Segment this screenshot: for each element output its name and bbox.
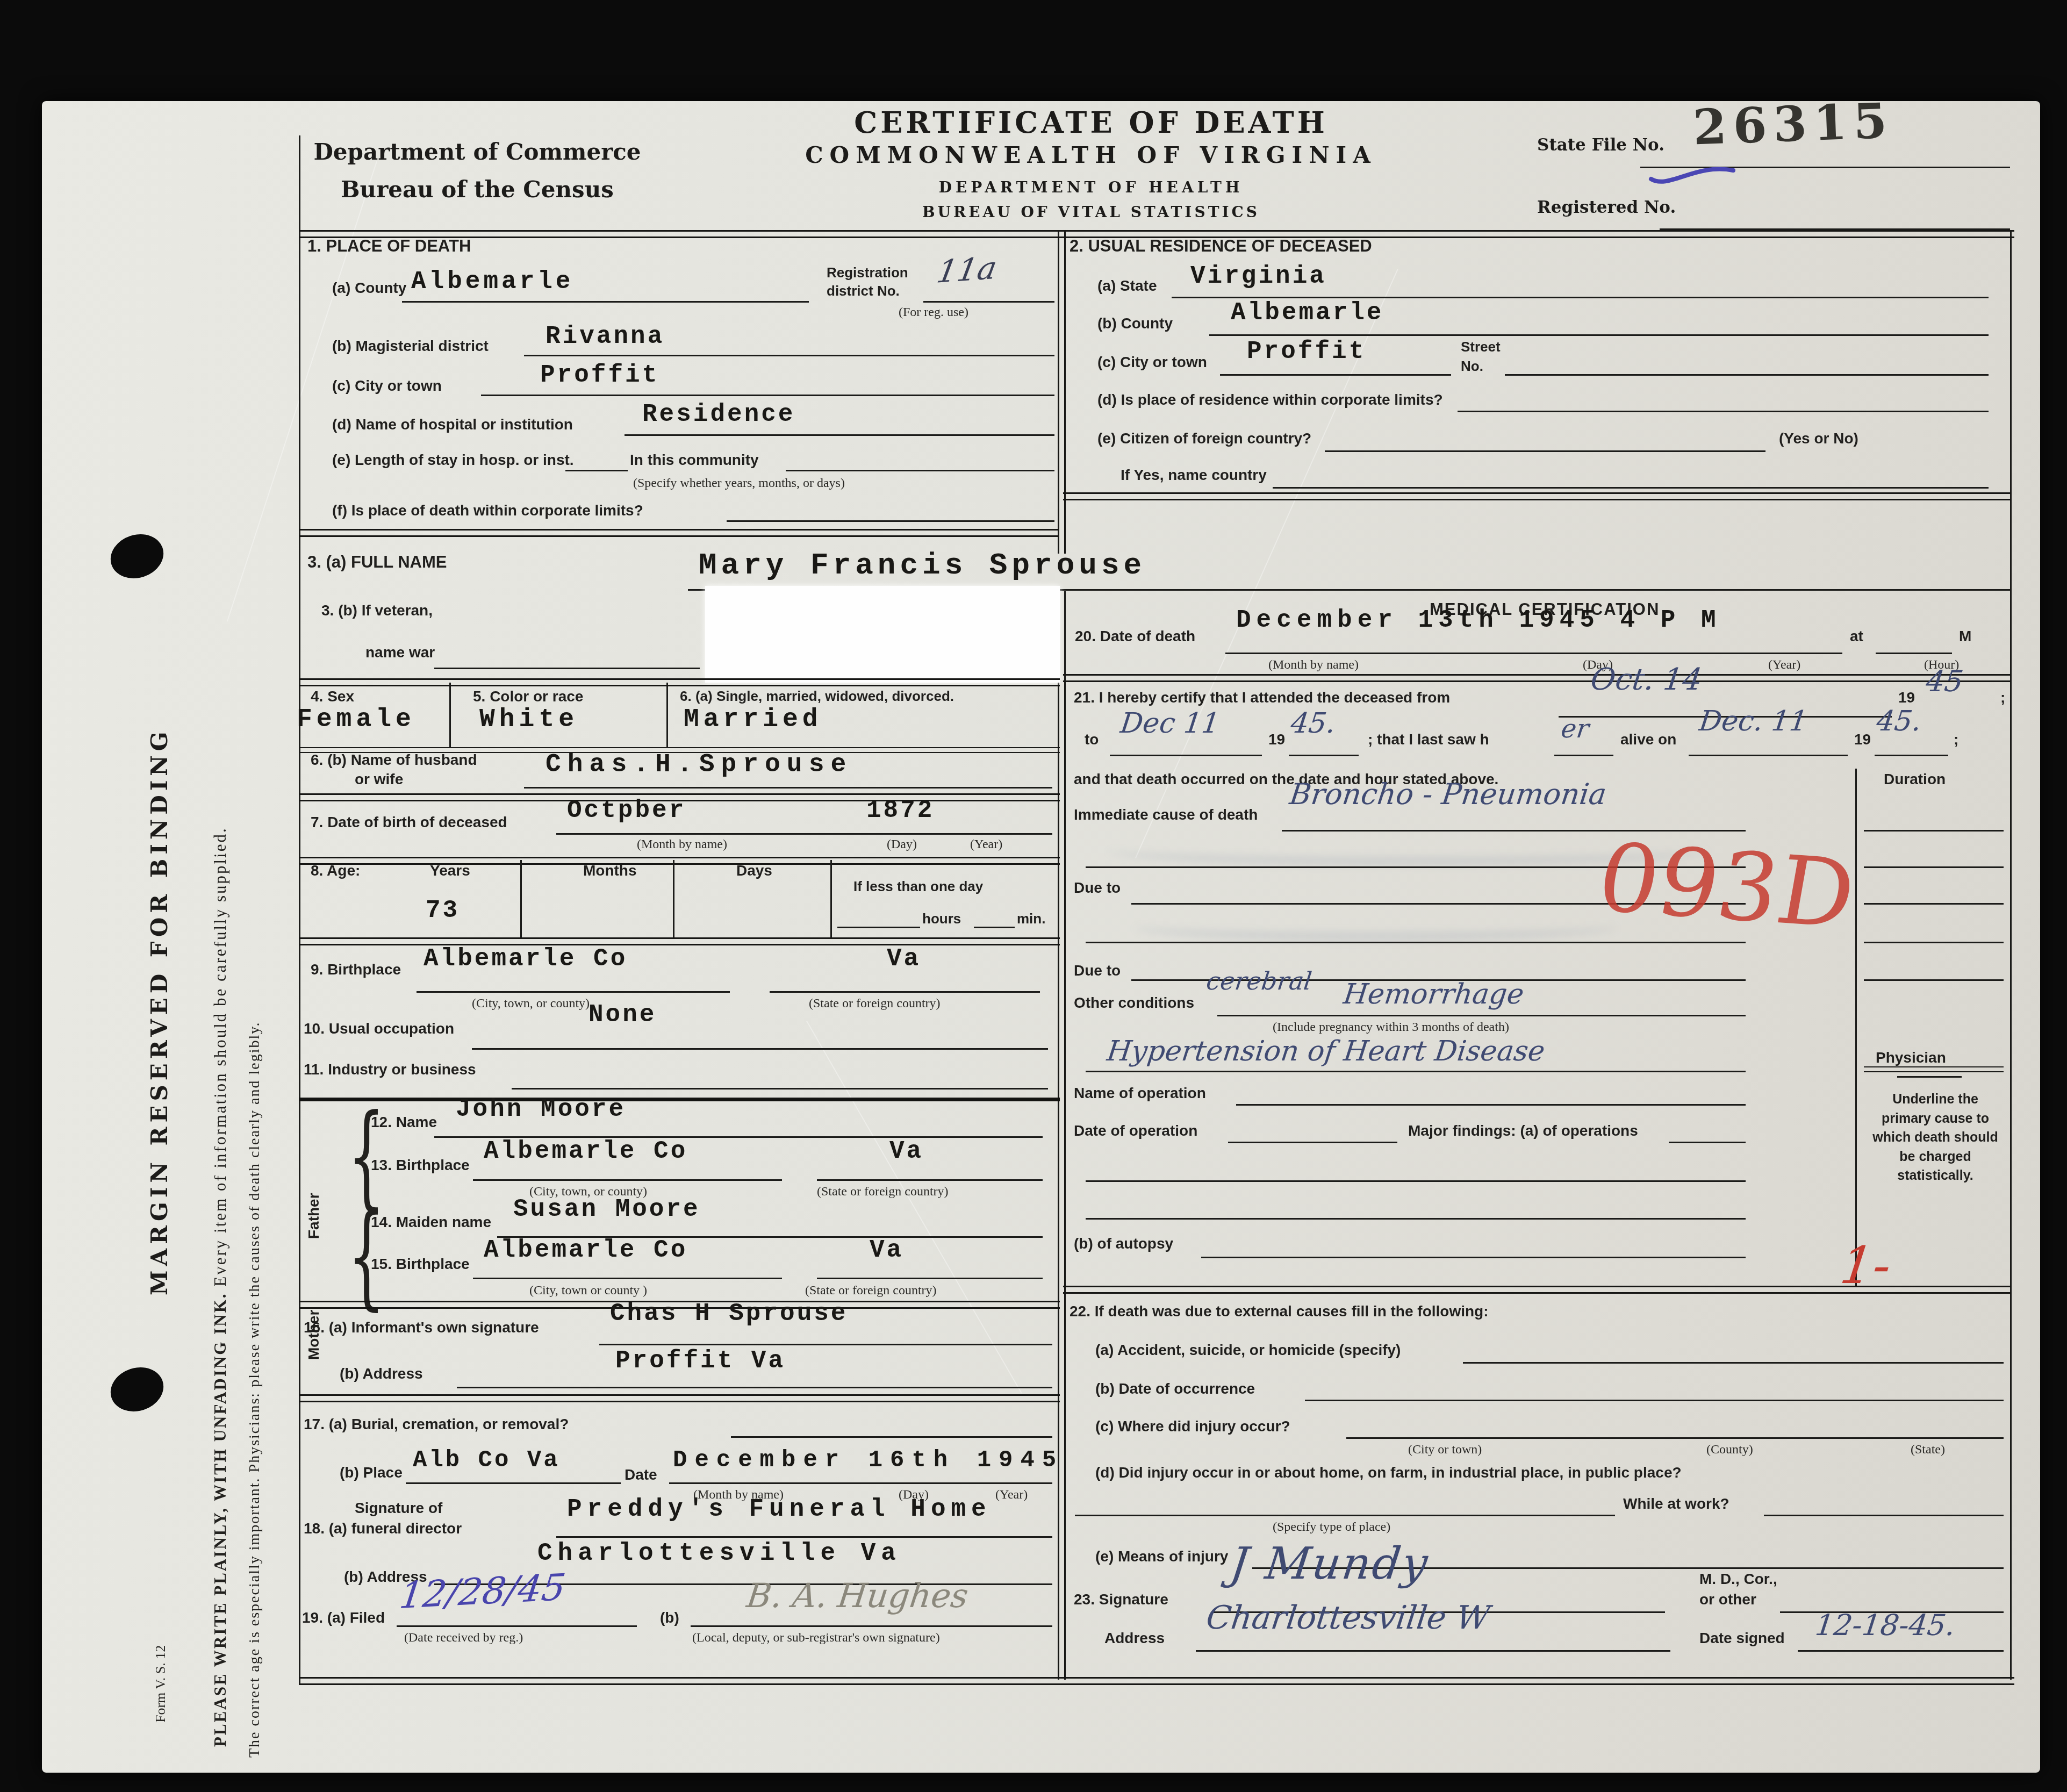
age-years-header: Years — [430, 862, 470, 879]
commonwealth-subtitle: COMMONWEALTH OF VIRGINIA — [769, 142, 1413, 168]
underline — [817, 1278, 1043, 1279]
attended-from-year: 45 — [1924, 664, 1965, 698]
underline — [1505, 374, 1989, 376]
year-19-prefix: 19 — [1854, 731, 1871, 748]
underline — [473, 1179, 782, 1181]
underline — [1346, 1437, 2004, 1439]
injury-city-hint: (City or town) — [1408, 1443, 1482, 1457]
section-divider — [299, 1394, 1060, 1402]
underline — [556, 833, 1052, 835]
funeral-signature-label2: 18. (a) funeral director — [304, 1520, 462, 1537]
physician-divider — [1897, 1076, 1962, 1078]
physician-signature-value: J Mundy — [1228, 1538, 1432, 1589]
underline — [457, 1387, 1052, 1388]
underline — [556, 1536, 1052, 1538]
informant-signature-value: Chas H Sprouse — [610, 1300, 848, 1328]
underline — [402, 301, 809, 303]
year-hint: (Year) — [970, 837, 1002, 852]
margin-instruction-line2-b: Physicians: please write the causes of d… — [246, 1022, 263, 1478]
duration-line — [1864, 979, 2004, 981]
underline — [625, 434, 1054, 436]
age-years-value: 73 — [426, 897, 460, 924]
operation-label: Name of operation — [1074, 1085, 1206, 1102]
hospital-value: Residence — [642, 400, 795, 428]
informant-address-label: (b) Address — [340, 1365, 423, 1382]
registration-label1: Registration — [827, 264, 908, 281]
injury-where-label: (c) Where did injury occur? — [1095, 1418, 1290, 1435]
name-country-label: If Yes, name country — [1121, 467, 1267, 484]
erased-writing — [1134, 914, 1618, 940]
redaction-box — [705, 586, 1060, 683]
residence-corporate-limits-label: (d) Is place of residence within corpora… — [1097, 391, 1443, 408]
yes-or-no-hint: (Yes or No) — [1779, 430, 1858, 447]
certificate-title: CERTIFICATE OF DEATH — [769, 105, 1413, 140]
other-conditions-value2: Hemorrhage — [1341, 978, 1525, 1010]
her-value: er — [1560, 714, 1591, 744]
funeral-signature-label1: Signature of — [355, 1500, 442, 1517]
certify-label: 21. I hereby certify that I attended the… — [1074, 689, 1450, 706]
marital-label: 6. (a) Single, married, widowed, divorce… — [680, 688, 954, 705]
underline — [1172, 297, 1989, 298]
cell-divider — [830, 860, 832, 937]
section2-title: 2. USUAL RESIDENCE OF DECEASED — [1070, 236, 1372, 256]
injury-state-hint: (State) — [1911, 1443, 1945, 1457]
spouse-value: Chas.H.Sprouse — [546, 750, 852, 779]
physician-signature-label: 23. Signature — [1074, 1591, 1168, 1608]
birthplace-place-hint: (City, town, or county) — [472, 997, 590, 1011]
registered-no-line — [1660, 228, 2010, 230]
age-days-header: Days — [736, 862, 772, 879]
m-label: M — [1959, 628, 1971, 645]
underline — [1458, 411, 1989, 412]
name-war-label: name war — [365, 644, 435, 661]
burial-date-value: December 16th 1945 — [673, 1447, 1064, 1474]
underline — [1554, 755, 1613, 756]
form-left-border — [299, 135, 300, 1683]
section-divider — [299, 937, 1060, 945]
form-right-border — [2010, 231, 2012, 1680]
underline — [1875, 755, 1948, 756]
filed-date-value: 12/28/45 — [397, 1566, 568, 1617]
underline — [1201, 1257, 1746, 1258]
last-saw-label: ; that I last saw h — [1368, 731, 1489, 748]
margin-form-number: Form V. S. 12 — [153, 1572, 169, 1723]
underline — [472, 1048, 1048, 1050]
birth-year-value: 1872 — [866, 797, 934, 825]
informant-signature-label: 16. (a) Informant's own signature — [304, 1319, 539, 1336]
less-than-one-day-label: If less than one day — [853, 878, 983, 895]
underline — [691, 1625, 1052, 1627]
father-label: Father — [305, 1115, 322, 1239]
registrar-hint: (Local, deputy, or sub-registrar's own s… — [692, 1631, 940, 1645]
alive-on-label: alive on — [1620, 731, 1676, 748]
day-hint: (Day) — [887, 837, 917, 852]
autopsy-label: (b) of autopsy — [1074, 1235, 1173, 1252]
underline — [1764, 1515, 2004, 1516]
underline — [1876, 653, 1952, 654]
to-label: to — [1085, 731, 1099, 748]
due-to-label: Due to — [1074, 879, 1121, 897]
or-other-label: or other — [1699, 1591, 1756, 1608]
underline — [1086, 1071, 1746, 1072]
underline — [1217, 1015, 1746, 1016]
registrar-sig-label: (b) — [660, 1609, 679, 1626]
hospital-label: (d) Name of hospital or institution — [332, 416, 573, 433]
underline — [481, 395, 1054, 396]
injury-place-label: (d) Did injury occur in or about home, o… — [1095, 1464, 1682, 1481]
section1-title: 1. PLACE OF DEATH — [307, 236, 471, 256]
father-birthplace-state: Va — [889, 1137, 923, 1165]
other-conditions-label: Other conditions — [1074, 994, 1194, 1012]
year-19-prefix: 19 — [1898, 689, 1915, 706]
city-town-label: (c) City or town — [332, 377, 442, 395]
state-file-label: State File No. — [1537, 135, 1664, 155]
birth-date-label: 7. Date of birth of deceased — [311, 814, 507, 831]
reg-use-hint: (For reg. use) — [899, 305, 968, 320]
registered-no-label: Registered No. — [1537, 198, 1676, 217]
age-months-header: Months — [583, 862, 637, 879]
occupation-value: None — [588, 1001, 656, 1029]
semicolon: ; — [1954, 731, 1958, 748]
underline — [1273, 487, 1989, 489]
underline — [1086, 1180, 1746, 1182]
underline — [1228, 1142, 1397, 1143]
injury-county-hint: (County) — [1706, 1443, 1753, 1457]
father-state-hint: (State or foreign country) — [817, 1185, 949, 1199]
pregnancy-hint: (Include pregnancy within 3 months of de… — [1273, 1020, 1509, 1035]
section-divider — [299, 857, 1060, 865]
duration-line — [1864, 942, 2004, 943]
mother-label: Mother — [305, 1236, 322, 1360]
underline — [837, 927, 920, 928]
residence-county-label: (b) County — [1097, 315, 1173, 332]
burial-label: 17. (a) Burial, cremation, or removal? — [304, 1416, 569, 1433]
age-label: 8. Age: — [311, 862, 360, 879]
major-findings-label: Major findings: (a) of operations — [1408, 1122, 1638, 1139]
md-cor-label: M. D., Cor., — [1699, 1571, 1777, 1588]
underline — [417, 991, 730, 993]
occurrence-date-label: (b) Date of occurrence — [1095, 1380, 1255, 1397]
duration-line — [1864, 830, 2004, 832]
date-signed-value: 12-18-45. — [1813, 1608, 1957, 1642]
date-signed-label: Date signed — [1699, 1630, 1785, 1647]
dept-health: DEPARTMENT OF HEALTH — [769, 178, 1413, 196]
filed-hint: (Date received by reg.) — [404, 1631, 523, 1645]
underline — [1196, 1650, 1670, 1652]
while-at-work-label: While at work? — [1623, 1495, 1729, 1513]
underline — [817, 1179, 1043, 1181]
margin-instruction-line1-bold: PLEASE WRITE PLAINLY, WITH UNFADING INK. — [211, 1292, 229, 1747]
scanned-death-certificate: { "header": { "agency1": "Department of … — [0, 0, 2067, 1792]
section-divider — [1063, 674, 2011, 682]
alive-on-year: 45. — [1875, 705, 1923, 737]
underline — [1086, 1218, 1746, 1220]
underline — [923, 301, 1054, 303]
birthplace-state-hint: (State or foreign country) — [809, 997, 941, 1011]
magisterial-district-label: (b) Magisterial district — [332, 338, 489, 355]
residence-city-label: (c) City or town — [1097, 354, 1207, 371]
underline — [1209, 334, 1989, 336]
duration-label: Duration — [1884, 771, 1946, 788]
physician-note: Underline the primary cause to which dea… — [1866, 1090, 2005, 1186]
immediate-cause-value: Broncho - Pneumonia — [1288, 777, 1608, 811]
accident-label: (a) Accident, suicide, or homicide (spec… — [1095, 1342, 1401, 1359]
hours-label: hours — [922, 911, 961, 927]
underline — [786, 470, 1054, 471]
underline — [1325, 450, 1765, 452]
city-town-value: Proffit — [540, 361, 659, 389]
underline — [473, 1278, 782, 1279]
underline — [1110, 755, 1262, 756]
registration-label2: district No. — [827, 283, 900, 299]
residence-county-value: Albemarle — [1231, 299, 1383, 327]
underline — [1669, 1142, 1746, 1143]
column-divider-bottom — [1058, 591, 1066, 1680]
column-divider-top — [1058, 231, 1066, 554]
street-label: Street — [1461, 339, 1501, 355]
burial-date-label: Date — [625, 1466, 657, 1483]
underline — [727, 520, 1054, 522]
corporate-limits-label: (f) Is place of death within corporate l… — [332, 502, 643, 519]
underline — [406, 1482, 621, 1484]
burial-year-hint: (Year) — [995, 1488, 1028, 1502]
underline — [1689, 755, 1848, 756]
attended-from-value: Oct. 14 — [1589, 662, 1704, 697]
physician-address-label: Address — [1104, 1630, 1165, 1647]
duration-line — [1864, 903, 2004, 905]
sex-label: 4. Sex — [311, 688, 354, 705]
year-19-prefix: 19 — [1268, 731, 1285, 748]
underline — [669, 1482, 1052, 1484]
underline — [512, 1088, 1048, 1089]
underline — [1236, 1104, 1746, 1106]
foreign-citizen-label: (e) Citizen of foreign country? — [1097, 430, 1311, 447]
other-conditions-value3: Hypertension of Heart Disease — [1105, 1035, 1547, 1067]
burial-place-value: Alb Co Va — [413, 1447, 560, 1474]
underline — [974, 927, 1015, 928]
immediate-cause-label: Immediate cause of death — [1074, 806, 1258, 823]
place-type-hint: (Specify type of place) — [1273, 1520, 1390, 1535]
underline — [599, 1344, 1052, 1345]
underline — [434, 668, 700, 669]
death-year-hint: (Year) — [1768, 658, 1800, 672]
attended-to-year: 45. — [1289, 707, 1337, 740]
state-value: Virginia — [1190, 262, 1326, 290]
section-divider — [1063, 1286, 2011, 1294]
duration-line — [1864, 866, 2004, 868]
agency-line2: Bureau of the Census — [305, 176, 649, 203]
margin-binding-text: MARGIN RESERVED FOR BINDING — [146, 575, 173, 1295]
mother-state-hint: (State or foreign country) — [805, 1284, 937, 1298]
mother-place-hint: (City, town or county ) — [529, 1284, 647, 1298]
duration-line — [1864, 1066, 2004, 1072]
death-date-label: 20. Date of death — [1075, 628, 1195, 645]
physician-label: Physician — [1876, 1049, 1946, 1066]
spouse-label1: 6. (b) Name of husband — [311, 751, 477, 769]
underline — [1220, 374, 1451, 376]
mother-birthplace-state: Va — [870, 1236, 903, 1264]
marital-value: Married — [684, 705, 822, 734]
month-hint: (Month by name) — [637, 837, 727, 852]
underline — [1086, 942, 1746, 943]
cause-code-stamp: 093D — [1590, 823, 1863, 949]
section-divider-thick — [299, 1098, 1060, 1101]
underline — [770, 991, 1040, 993]
underline — [1225, 653, 1842, 654]
underline — [1463, 1362, 2004, 1364]
street-no-label: No. — [1461, 358, 1483, 375]
underline — [731, 1436, 1052, 1438]
county-label: (a) County — [332, 279, 406, 297]
birthplace-label: 9. Birthplace — [311, 961, 401, 978]
state-label: (a) State — [1097, 277, 1157, 295]
section-divider — [299, 678, 1060, 686]
semicolon: ; — [2000, 689, 2005, 706]
mother-birthplace-label: 15. Birthplace — [371, 1256, 470, 1273]
burial-place-label: (b) Place — [340, 1464, 403, 1481]
means-of-injury-label: (e) Means of injury — [1095, 1548, 1228, 1565]
veteran-label: 3. (b) If veteran, — [321, 602, 433, 619]
birthplace-state-value: Va — [887, 945, 921, 973]
registration-district-value: 11a — [934, 249, 1000, 290]
underline — [1289, 755, 1359, 756]
other-conditions-value1: cerebral — [1205, 966, 1314, 995]
funeral-home-value: Preddy's Funeral Home — [567, 1495, 992, 1523]
filed-label: 19. (a) Filed — [302, 1609, 385, 1626]
father-name-label: 12. Name — [371, 1114, 437, 1131]
at-label: at — [1850, 628, 1863, 645]
in-this-community-label: In this community — [630, 451, 759, 469]
funeral-home-city-value: Charlottesville Va — [537, 1539, 901, 1567]
bureau-vital-statistics: BUREAU OF VITAL STATISTICS — [769, 203, 1413, 221]
magisterial-district-value: Rivanna — [546, 322, 664, 350]
attended-to-value: Dec 11 — [1118, 707, 1222, 740]
margin-instruction-line1-rest: Every item of information should be care… — [211, 827, 229, 1292]
birth-month-value: Octpber — [567, 797, 686, 825]
cell-divider — [520, 860, 522, 937]
underline — [565, 470, 628, 471]
margin-instruction-line1: PLEASE WRITE PLAINLY, WITH UNFADING INK.… — [211, 446, 230, 1747]
length-of-stay-label: (e) Length of stay in hosp. or inst. — [332, 451, 574, 469]
stay-hint: (Specify whether years, months, or days) — [633, 476, 845, 491]
mother-birthplace-place: Albemarle Co — [484, 1236, 687, 1264]
operation-date-label: Date of operation — [1074, 1122, 1197, 1139]
cell-divider — [449, 683, 451, 747]
occupation-label: 10. Usual occupation — [304, 1020, 454, 1037]
full-name-label: 3. (a) FULL NAME — [307, 553, 447, 572]
underline — [1305, 1400, 2004, 1401]
physician-address-value: Charlottesville W — [1204, 1599, 1492, 1637]
death-month-hint: (Month by name) — [1268, 658, 1359, 672]
full-name-value: Mary Francis Sprouse — [699, 548, 1146, 583]
informant-address-value: Proffit Va — [615, 1347, 785, 1375]
mother-maiden-value: Susan Moore — [513, 1195, 700, 1223]
section-divider — [299, 529, 1058, 537]
due-to-label2: Due to — [1074, 962, 1121, 979]
spouse-label2: or wife — [355, 771, 403, 788]
sex-value: Female — [297, 705, 415, 734]
underline — [1075, 1515, 1615, 1516]
margin-instruction-line2-a: The correct age is especially important. — [246, 1477, 263, 1758]
mother-maiden-label: 14. Maiden name — [371, 1214, 491, 1231]
cell-divider — [666, 683, 668, 747]
alive-on-value: Dec. 11 — [1697, 705, 1809, 737]
external-causes-title: 22. If death was due to external causes … — [1070, 1303, 1489, 1320]
underline — [397, 1625, 637, 1627]
margin-instruction-line2: The correct age is especially important.… — [246, 559, 263, 1758]
ink-check-icon — [1645, 159, 1741, 191]
underline — [524, 355, 1054, 356]
underline — [524, 787, 1052, 789]
county-value: Albemarle — [411, 268, 573, 296]
section-divider — [1063, 492, 2011, 500]
underline — [1798, 1650, 2004, 1652]
race-label: 5. Color or race — [473, 688, 583, 705]
min-label: min. — [1017, 911, 1045, 927]
state-file-number-stamp: 26315 — [1692, 92, 1894, 156]
agency-line1: Department of Commerce — [305, 139, 649, 165]
father-birthplace-label: 13. Birthplace — [371, 1157, 470, 1174]
father-birthplace-place: Albemarle Co — [484, 1137, 687, 1165]
father-name-value: John Moore — [456, 1095, 626, 1123]
cell-divider — [673, 860, 674, 937]
residence-city-value: Proffit — [1247, 338, 1366, 365]
death-date-value: December 13th 1945 4 P M — [1236, 606, 1721, 634]
race-value: White — [479, 705, 578, 734]
birthplace-place-value: Albemarle Co — [424, 945, 627, 973]
registrar-signature: B. A. Hughes — [745, 1576, 971, 1615]
industry-label: 11. Industry or business — [304, 1061, 476, 1078]
bottom-border — [299, 1677, 2014, 1685]
